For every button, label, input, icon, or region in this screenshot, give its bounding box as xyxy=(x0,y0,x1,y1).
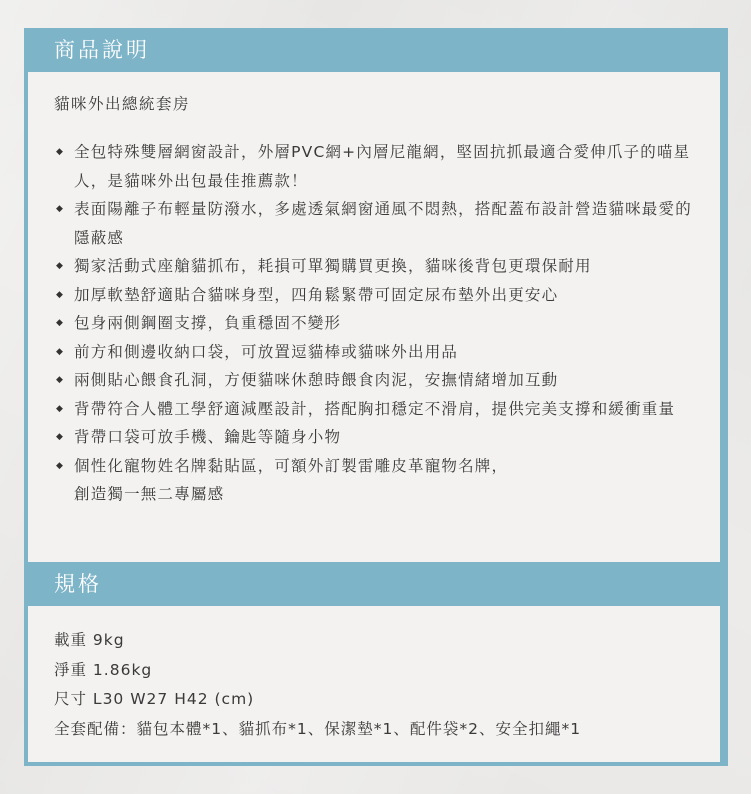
feature-item: ◆背帶口袋可放手機、鑰匙等隨身小物 xyxy=(54,423,704,452)
diamond-bullet-icon: ◆ xyxy=(56,252,64,281)
spec-net-weight: 淨重 1.86kg xyxy=(54,656,720,686)
feature-item: ◆表面陽離子布輕量防潑水，多處透氣網窗通風不悶熱，搭配蓋布設計營造貓咪最愛的隱蔽… xyxy=(54,195,704,252)
feature-item: ◆前方和側邊收納口袋，可放置逗貓棒或貓咪外出用品 xyxy=(54,338,704,367)
diamond-bullet-icon: ◆ xyxy=(56,309,64,338)
description-header: 商品說明 xyxy=(24,28,728,72)
feature-list: ◆全包特殊雙層網窗設計，外層PVC網+內層尼龍網，堅固抗抓最適合愛伸爪子的喵星人… xyxy=(54,138,720,509)
diamond-bullet-icon: ◆ xyxy=(56,452,64,481)
spec-load-capacity: 載重 9kg xyxy=(54,626,720,656)
feature-item: ◆個性化寵物姓名牌黏貼區，可額外訂製雷雕皮革寵物名牌， 創造獨一無二專屬感 xyxy=(54,452,704,509)
feature-item: ◆加厚軟墊舒適貼合貓咪身型，四角鬆緊帶可固定尿布墊外出更安心 xyxy=(54,281,704,310)
description-body: 貓咪外出總統套房 ◆全包特殊雙層網窗設計，外層PVC網+內層尼龍網，堅固抗抓最適… xyxy=(28,72,720,562)
specs-header-title: 規格 xyxy=(54,572,102,596)
feature-item: ◆背帶符合人體工學舒適減壓設計，搭配胸扣穩定不滑肩，提供完美支撐和緩衝重量 xyxy=(54,395,704,424)
diamond-bullet-icon: ◆ xyxy=(56,395,64,424)
diamond-bullet-icon: ◆ xyxy=(56,366,64,395)
specs-body: 載重 9kg 淨重 1.86kg 尺寸 L30 W27 H42 (cm) 全套配… xyxy=(28,606,720,762)
product-subtitle: 貓咪外出總統套房 xyxy=(54,92,720,116)
diamond-bullet-icon: ◆ xyxy=(56,338,64,367)
specs-header: 規格 xyxy=(24,562,728,606)
diamond-bullet-icon: ◆ xyxy=(56,281,64,310)
feature-item: ◆包身兩側鋼圈支撐，負重穩固不變形 xyxy=(54,309,704,338)
feature-item: ◆獨家活動式座艙貓抓布，耗損可單獨購買更換，貓咪後背包更環保耐用 xyxy=(54,252,704,281)
diamond-bullet-icon: ◆ xyxy=(56,138,64,167)
feature-item: ◆兩側貼心餵食孔洞，方便貓咪休憩時餵食肉泥，安撫情緒增加互動 xyxy=(54,366,704,395)
product-info-frame: 商品說明 貓咪外出總統套房 ◆全包特殊雙層網窗設計，外層PVC網+內層尼龍網，堅… xyxy=(24,28,728,766)
diamond-bullet-icon: ◆ xyxy=(56,423,64,452)
feature-item: ◆全包特殊雙層網窗設計，外層PVC網+內層尼龍網，堅固抗抓最適合愛伸爪子的喵星人… xyxy=(54,138,704,195)
diamond-bullet-icon: ◆ xyxy=(56,195,64,224)
spec-dimensions: 尺寸 L30 W27 H42 (cm) xyxy=(54,685,720,715)
description-header-title: 商品說明 xyxy=(54,38,150,62)
spec-package-contents: 全套配備：貓包本體*1、貓抓布*1、保潔墊*1、配件袋*2、安全扣繩*1 xyxy=(54,715,720,745)
